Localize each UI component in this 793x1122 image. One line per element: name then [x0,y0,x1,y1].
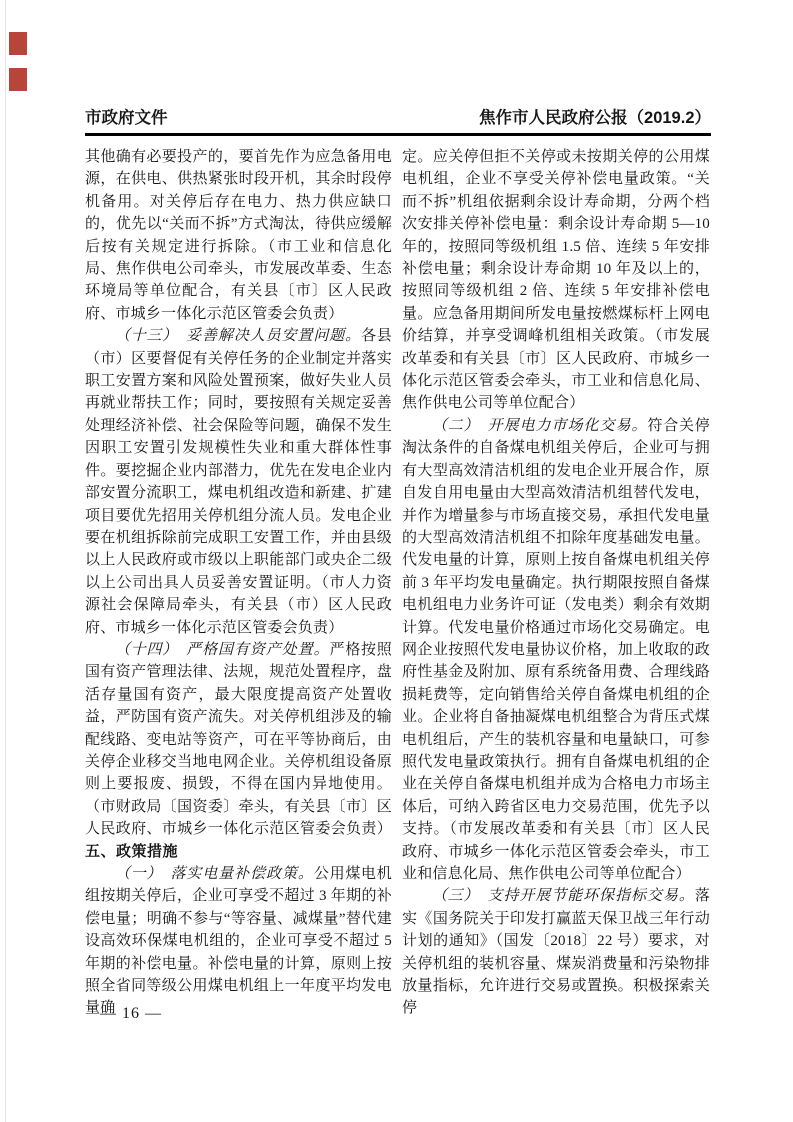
item-number: （二） [432,418,479,434]
scan-edge-line [5,0,6,1122]
gazette-page: 市政府文件 焦作市人民政府公报（2019.2） 其他确有必要投产的，要首先作为应… [0,0,793,1122]
column-left: 其他确有必要投产的，要首先作为应急备用电源，在供电、供热紧张时段开机，其余时段停… [85,146,392,1020]
paragraph: （三）支持开展节能环保指标交易。落实《国务院关于印发打赢蓝天保卫战三年行动计划的… [402,885,710,1019]
paragraph: 其他确有必要投产的，要首先作为应急备用电源，在供电、供热紧张时段开机，其余时段停… [85,146,392,325]
item-heading: 妥善解决人员安置问题。 [186,328,361,344]
section-title-inline: 五、政策措施 [85,843,178,860]
item-number: （一） [115,866,162,882]
paragraph-text: 其他确有必要投产的，要首先作为应急备用电源，在供电、供热紧张时段开机，其余时段停… [85,149,392,322]
item-number: （十四） [115,642,178,658]
paragraph: 定。应关停但拒不关停或未按期关停的公用煤电机组，企业不享受关停补偿电量政策。“关… [402,146,710,415]
paragraph-text: 落实《国务院关于印发打赢蓝天保卫战三年行动计划的通知》（国发〔2018〕22 号… [402,888,710,1016]
paragraph: （十三）妥善解决人员安置问题。各县（市）区要督促有关停任务的企业制定并落实职工安… [85,325,392,639]
item-heading: 开展电力市场化交易。 [488,418,648,434]
paragraph: （一）落实电量补偿政策。公用煤电机组按期关停后，企业可享受不超过 3 年期的补偿… [85,863,392,1020]
page-number: — 16 — [100,1004,162,1024]
red-mark [9,68,27,91]
paragraph-text: 定。应关停但拒不关停或未按期关停的公用煤电机组，企业不享受关停补偿电量政策。“关… [402,149,710,411]
item-heading: 支持开展节能环保指标交易。 [488,888,695,904]
red-mark [9,32,27,55]
page-header: 市政府文件 焦作市人民政府公报（2019.2） [85,106,711,130]
item-heading: 落实电量补偿政策。 [170,866,313,882]
item-heading: 严格国有资产处置。 [186,642,329,658]
paragraph-text: 严格按照国有资产管理法律、法规，规范处置程序，盘活存量国有资产，最大限度提高资产… [85,642,392,837]
header-right-label: 焦作市人民政府公报（2019.2） [479,106,711,130]
paragraph-text: 符合关停淘汰条件的自备煤电机组关停后，企业可与拥有大型高效清洁机组的发电企业开展… [402,418,710,882]
paragraph-text: 公用煤电机组按期关停后，企业可享受不超过 3 年期的补偿电量；明确不参与“等容量… [85,866,392,1016]
paragraph: （十四）严格国有资产处置。严格按照国有资产管理法律、法规，规范处置程序，盘活存量… [85,639,392,863]
header-left-label: 市政府文件 [85,106,168,130]
paragraph-text: 各县（市）区要督促有关停任务的企业制定并落实职工安置方案和风险处置预案，做好失业… [85,328,392,635]
paragraph: （二）开展电力市场化交易。符合关停淘汰条件的自备煤电机组关停后，企业可与拥有大型… [402,415,710,886]
item-number: （十三） [115,328,178,344]
header-rule [85,133,711,136]
column-right: 定。应关停但拒不关停或未按期关停的公用煤电机组，企业不享受关停补偿电量政策。“关… [402,146,710,1020]
item-number: （三） [432,888,479,904]
